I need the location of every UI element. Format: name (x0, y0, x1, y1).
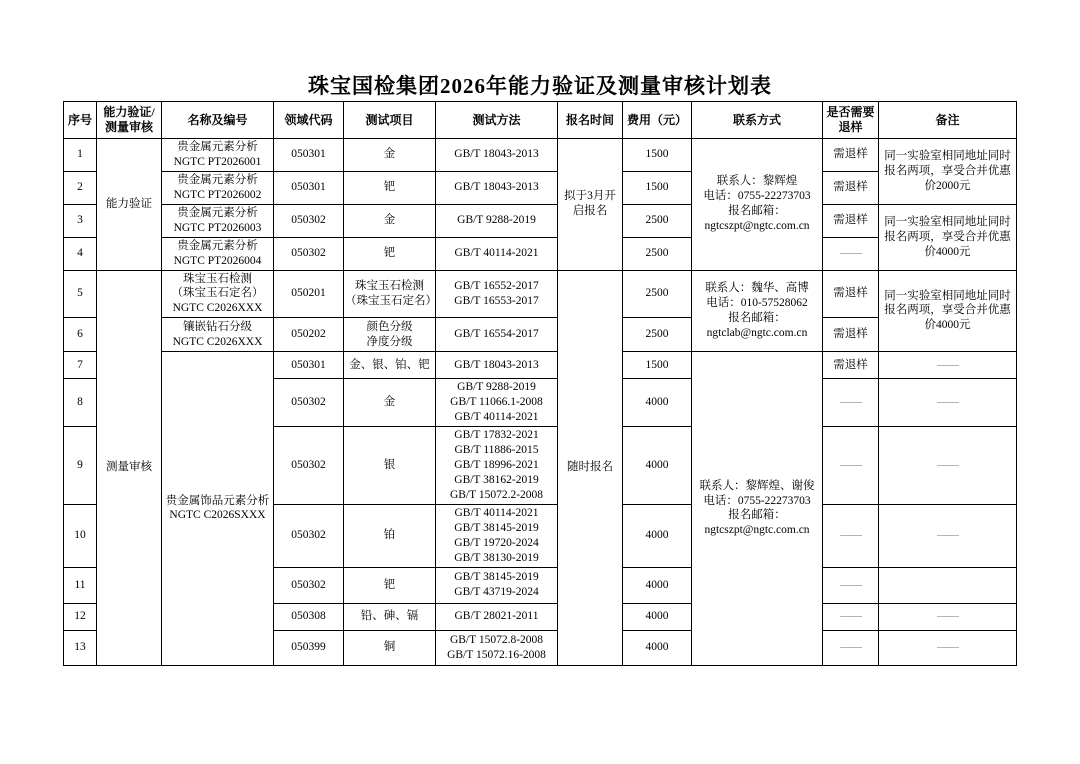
cell-return: 需退样 (823, 139, 879, 172)
cell-fee: 4000 (623, 630, 692, 665)
cell-return: —— (823, 603, 879, 630)
cell-code: 050302 (274, 427, 344, 505)
column-header-signup: 报名时间 (558, 102, 623, 139)
cell-fee: 2500 (623, 237, 692, 270)
cell-code: 050399 (274, 630, 344, 665)
cell-remark: —— (879, 630, 1017, 665)
cell-name: 贵金属元素分析 NGTC PT2026001 (162, 139, 274, 172)
cell-method: GB/T 28021-2011 (436, 603, 558, 630)
cell-item: 金 (344, 139, 436, 172)
cell-contact: 联系人：魏华、高博 电话：010-57528062 报名邮箱： ngtclab@… (692, 270, 823, 352)
cell-index: 10 (64, 504, 97, 567)
cell-signup: 随时报名 (558, 270, 623, 665)
cell-fee: 2500 (623, 270, 692, 318)
cell-item: 钯 (344, 237, 436, 270)
column-header-remark: 备注 (879, 102, 1017, 139)
cell-item: 铜 (344, 630, 436, 665)
cell-remark (879, 567, 1017, 603)
cell-method: GB/T 18043-2013 (436, 352, 558, 379)
cell-fee: 1500 (623, 171, 692, 204)
cell-item: 金 (344, 204, 436, 237)
cell-return: —— (823, 427, 879, 505)
cell-method: GB/T 9288-2019 GB/T 11066.1-2008 GB/T 40… (436, 379, 558, 427)
cell-name: 贵金属元素分析 NGTC PT2026002 (162, 171, 274, 204)
cell-method: GB/T 40114-2021 (436, 237, 558, 270)
cell-fee: 4000 (623, 603, 692, 630)
cell-method: GB/T 16554-2017 (436, 318, 558, 352)
cell-index: 3 (64, 204, 97, 237)
cell-index: 7 (64, 352, 97, 379)
cell-method: GB/T 18043-2013 (436, 171, 558, 204)
column-header-method: 测试方法 (436, 102, 558, 139)
cell-category: 测量审核 (97, 270, 162, 665)
cell-fee: 2500 (623, 204, 692, 237)
cell-remark: —— (879, 427, 1017, 505)
cell-return: —— (823, 630, 879, 665)
cell-fee: 2500 (623, 318, 692, 352)
cell-index: 11 (64, 567, 97, 603)
cell-fee: 4000 (623, 427, 692, 505)
cell-item: 钯 (344, 567, 436, 603)
cell-remark: —— (879, 504, 1017, 567)
column-header-index: 序号 (64, 102, 97, 139)
cell-remark: —— (879, 603, 1017, 630)
cell-item: 颜色分级 净度分级 (344, 318, 436, 352)
cell-item: 金 (344, 379, 436, 427)
cell-return: —— (823, 567, 879, 603)
cell-return: —— (823, 237, 879, 270)
cell-name: 贵金属饰品元素分析 NGTC C2026SXXX (162, 352, 274, 665)
table-row: 3贵金属元素分析 NGTC PT2026003050302金GB/T 9288-… (64, 204, 1017, 237)
column-header-return: 是否需要退样 (823, 102, 879, 139)
cell-index: 4 (64, 237, 97, 270)
cell-contact: 联系人：黎辉煌 电话：0755-22273703 报名邮箱： ngtcszpt@… (692, 139, 823, 271)
cell-fee: 1500 (623, 352, 692, 379)
column-header-category: 能力验证/测量审核 (97, 102, 162, 139)
cell-return: 需退样 (823, 318, 879, 352)
cell-return: 需退样 (823, 204, 879, 237)
cell-return: —— (823, 379, 879, 427)
cell-return: 需退样 (823, 171, 879, 204)
cell-remark: —— (879, 352, 1017, 379)
cell-remark: 同一实验室相同地址同时报名两项，享受合并优惠价4000元 (879, 270, 1017, 352)
cell-return: 需退样 (823, 270, 879, 318)
cell-code: 050201 (274, 270, 344, 318)
cell-code: 050302 (274, 204, 344, 237)
cell-fee: 4000 (623, 567, 692, 603)
cell-item: 钯 (344, 171, 436, 204)
column-header-contact: 联系方式 (692, 102, 823, 139)
cell-name: 贵金属元素分析 NGTC PT2026003 (162, 204, 274, 237)
table-row: 6镶嵌钻石分级 NGTC C2026XXX050202颜色分级 净度分级GB/T… (64, 318, 1017, 352)
cell-category: 能力验证 (97, 139, 162, 271)
table-row: 4贵金属元素分析 NGTC PT2026004050302钯GB/T 40114… (64, 237, 1017, 270)
table-row: 7贵金属饰品元素分析 NGTC C2026SXXX050301金、银、铂、钯GB… (64, 352, 1017, 379)
table-row: 5测量审核珠宝玉石检测 （珠宝玉石定名） NGTC C2026XXX050201… (64, 270, 1017, 318)
cell-fee: 1500 (623, 139, 692, 172)
cell-item: 铅、砷、镉 (344, 603, 436, 630)
cell-index: 9 (64, 427, 97, 505)
cell-fee: 4000 (623, 504, 692, 567)
cell-code: 050202 (274, 318, 344, 352)
cell-index: 13 (64, 630, 97, 665)
cell-name: 镶嵌钻石分级 NGTC C2026XXX (162, 318, 274, 352)
cell-code: 050302 (274, 379, 344, 427)
column-header-item: 测试项目 (344, 102, 436, 139)
cell-index: 1 (64, 139, 97, 172)
cell-method: GB/T 38145-2019 GB/T 43719-2024 (436, 567, 558, 603)
cell-index: 8 (64, 379, 97, 427)
cell-return: —— (823, 504, 879, 567)
cell-code: 050301 (274, 171, 344, 204)
cell-remark: 同一实验室相同地址同时报名两项，享受合并优惠价4000元 (879, 204, 1017, 270)
cell-return: 需退样 (823, 352, 879, 379)
cell-code: 050301 (274, 352, 344, 379)
cell-item: 金、银、铂、钯 (344, 352, 436, 379)
cell-code: 050308 (274, 603, 344, 630)
cell-item: 珠宝玉石检测 （珠宝玉石定名） (344, 270, 436, 318)
cell-name: 珠宝玉石检测 （珠宝玉石定名） NGTC C2026XXX (162, 270, 274, 318)
cell-code: 050302 (274, 237, 344, 270)
cell-remark: —— (879, 379, 1017, 427)
cell-contact: 联系人：黎辉煌、谢俊 电话：0755-22273703 报名邮箱： ngtcsz… (692, 352, 823, 665)
cell-item: 铂 (344, 504, 436, 567)
cell-signup: 拟于3月开启报名 (558, 139, 623, 271)
cell-code: 050302 (274, 504, 344, 567)
cell-remark: 同一实验室相同地址同时报名两项，享受合并优惠价2000元 (879, 139, 1017, 205)
cell-fee: 4000 (623, 379, 692, 427)
cell-index: 12 (64, 603, 97, 630)
cell-method: GB/T 17832-2021 GB/T 11886-2015 GB/T 189… (436, 427, 558, 505)
cell-method: GB/T 18043-2013 (436, 139, 558, 172)
column-header-code: 领域代码 (274, 102, 344, 139)
cell-index: 6 (64, 318, 97, 352)
cell-code: 050302 (274, 567, 344, 603)
table-row: 2贵金属元素分析 NGTC PT2026002050301钯GB/T 18043… (64, 171, 1017, 204)
table-header-row: 序号能力验证/测量审核名称及编号领域代码测试项目测试方法报名时间费用（元）联系方… (64, 102, 1017, 139)
cell-item: 银 (344, 427, 436, 505)
cell-method: GB/T 15072.8-2008 GB/T 15072.16-2008 (436, 630, 558, 665)
column-header-fee: 费用（元） (623, 102, 692, 139)
cell-method: GB/T 40114-2021 GB/T 38145-2019 GB/T 197… (436, 504, 558, 567)
cell-index: 2 (64, 171, 97, 204)
cell-method: GB/T 9288-2019 (436, 204, 558, 237)
plan-table: 序号能力验证/测量审核名称及编号领域代码测试项目测试方法报名时间费用（元）联系方… (63, 101, 1017, 666)
column-header-name: 名称及编号 (162, 102, 274, 139)
document-page: 珠宝国检集团2026年能力验证及测量审核计划表 序号能力验证/测量审核名称及编号… (0, 0, 1080, 764)
page-title: 珠宝国检集团2026年能力验证及测量审核计划表 (0, 70, 1080, 100)
cell-code: 050301 (274, 139, 344, 172)
cell-method: GB/T 16552-2017 GB/T 16553-2017 (436, 270, 558, 318)
table-row: 1能力验证贵金属元素分析 NGTC PT2026001050301金GB/T 1… (64, 139, 1017, 172)
cell-name: 贵金属元素分析 NGTC PT2026004 (162, 237, 274, 270)
cell-index: 5 (64, 270, 97, 318)
